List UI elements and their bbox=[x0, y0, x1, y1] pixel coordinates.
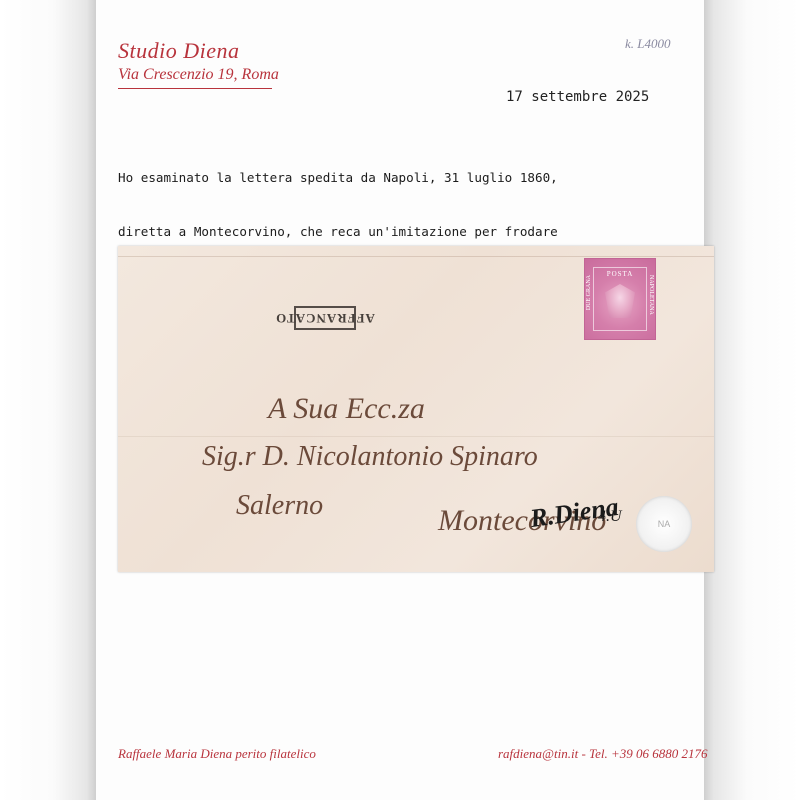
signature-note: 4.U bbox=[598, 508, 622, 526]
pencil-note: k. L4000 bbox=[625, 36, 671, 52]
postmark-affrancato: AFFRANCATO bbox=[294, 306, 356, 330]
embossed-seal-icon: NA bbox=[636, 496, 692, 552]
postage-stamp: POSTA DUE GRANA NAPOLETANA bbox=[584, 258, 656, 340]
coat-of-arms-icon bbox=[605, 284, 635, 318]
footer-contact: rafdiena@tin.it - Tel. +39 06 6880 2176 bbox=[498, 746, 707, 762]
address-line: A Sua Ecc.za bbox=[268, 392, 425, 426]
body-line: Ho esaminato la lettera spedita da Napol… bbox=[118, 169, 718, 187]
body-line: diretta a Montecorvino, che reca un'imit… bbox=[118, 223, 718, 241]
stamp-frame: POSTA bbox=[593, 267, 647, 331]
address-line: Salerno bbox=[236, 490, 323, 522]
studio-name: Studio Diena bbox=[118, 38, 240, 64]
page-shadow-left bbox=[0, 0, 96, 800]
stamp-side-right-text: NAPOLETANA bbox=[648, 275, 654, 315]
letter-photo: AFFRANCATO POSTA DUE GRANA NAPOLETANA A … bbox=[118, 246, 714, 572]
letterhead-divider bbox=[118, 88, 272, 89]
stamp-top-text: POSTA bbox=[607, 270, 634, 278]
fold-line bbox=[118, 256, 714, 257]
stamp-side-left-text: DUE GRANA bbox=[586, 275, 592, 310]
footer-expert-name: Raffaele Maria Diena perito filatelico bbox=[118, 746, 316, 762]
address-line: Sig.r D. Nicolantonio Spinaro bbox=[202, 441, 538, 473]
certificate-date: 17 settembre 2025 bbox=[506, 89, 649, 105]
studio-address: Via Crescenzio 19, Roma bbox=[118, 66, 279, 84]
fold-line bbox=[118, 436, 714, 437]
page-shadow-right bbox=[704, 0, 800, 800]
